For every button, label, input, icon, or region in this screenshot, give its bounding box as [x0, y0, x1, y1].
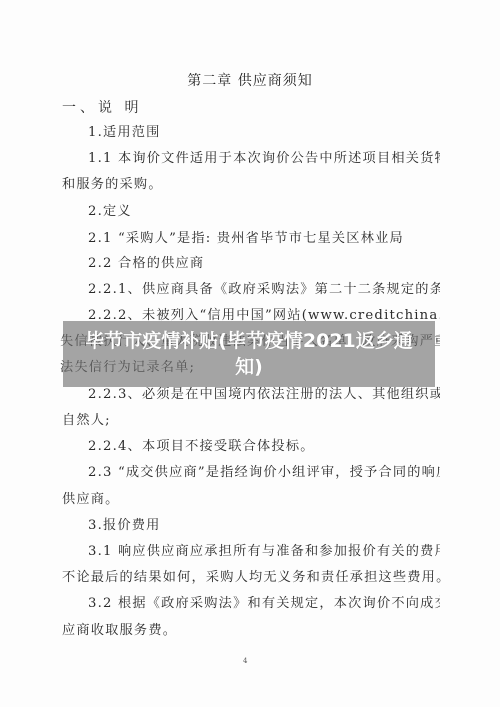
document-line: 1.适用范围: [88, 124, 440, 142]
document-line: 2.定义: [88, 203, 440, 221]
document-line: 自然人;: [62, 412, 442, 430]
chapter-title: 第二章 供应商须知: [0, 70, 500, 90]
document-line: 2.2.3、必须是在中国境内依法注册的法人、其他组织或者: [88, 386, 440, 404]
document-line: 供应商。: [62, 491, 442, 509]
section-heading: 一、说 明: [62, 99, 442, 117]
article-title-banner[interactable]: 毕节市疫情补贴(毕节疫情2021返乡通知): [63, 321, 435, 387]
document-line: 2.3 “成交供应商”是指经询价小组评审，授予合同的响应: [88, 464, 440, 482]
document-line: 2.2 合格的供应商: [88, 255, 440, 273]
document-line: 应商收取服务费。: [62, 622, 442, 640]
page-number: 4: [243, 657, 247, 665]
document-line: 3.2 根据《政府采购法》和有关规定，本次询价不向成交供: [88, 595, 440, 613]
document-line: 2.2.4、本项目不接受联合体投标。: [88, 438, 440, 456]
document-line: 3.报价费用: [88, 517, 440, 535]
document-line: 2.1 “采购人”是指: 贵州省毕节市七星关区林业局: [88, 230, 440, 248]
document-line: 2.2.1、供应商具备《政府采购法》第二十二条规定的条件;: [88, 281, 440, 299]
document-line: 不论最后的结果如何，采购人均无义务和责任承担这些费用。: [62, 569, 442, 587]
article-title: 毕节市疫情补贴(毕节疫情2021返乡通知): [79, 328, 419, 380]
document-line: 和服务的采购。: [62, 176, 442, 194]
document-line: 3.1 响应供应商应承担所有与准备和参加报价有关的费用。: [88, 543, 440, 561]
document-line: 1.1 本询价文件适用于本次询价公告中所述项目相关货物: [88, 150, 440, 168]
